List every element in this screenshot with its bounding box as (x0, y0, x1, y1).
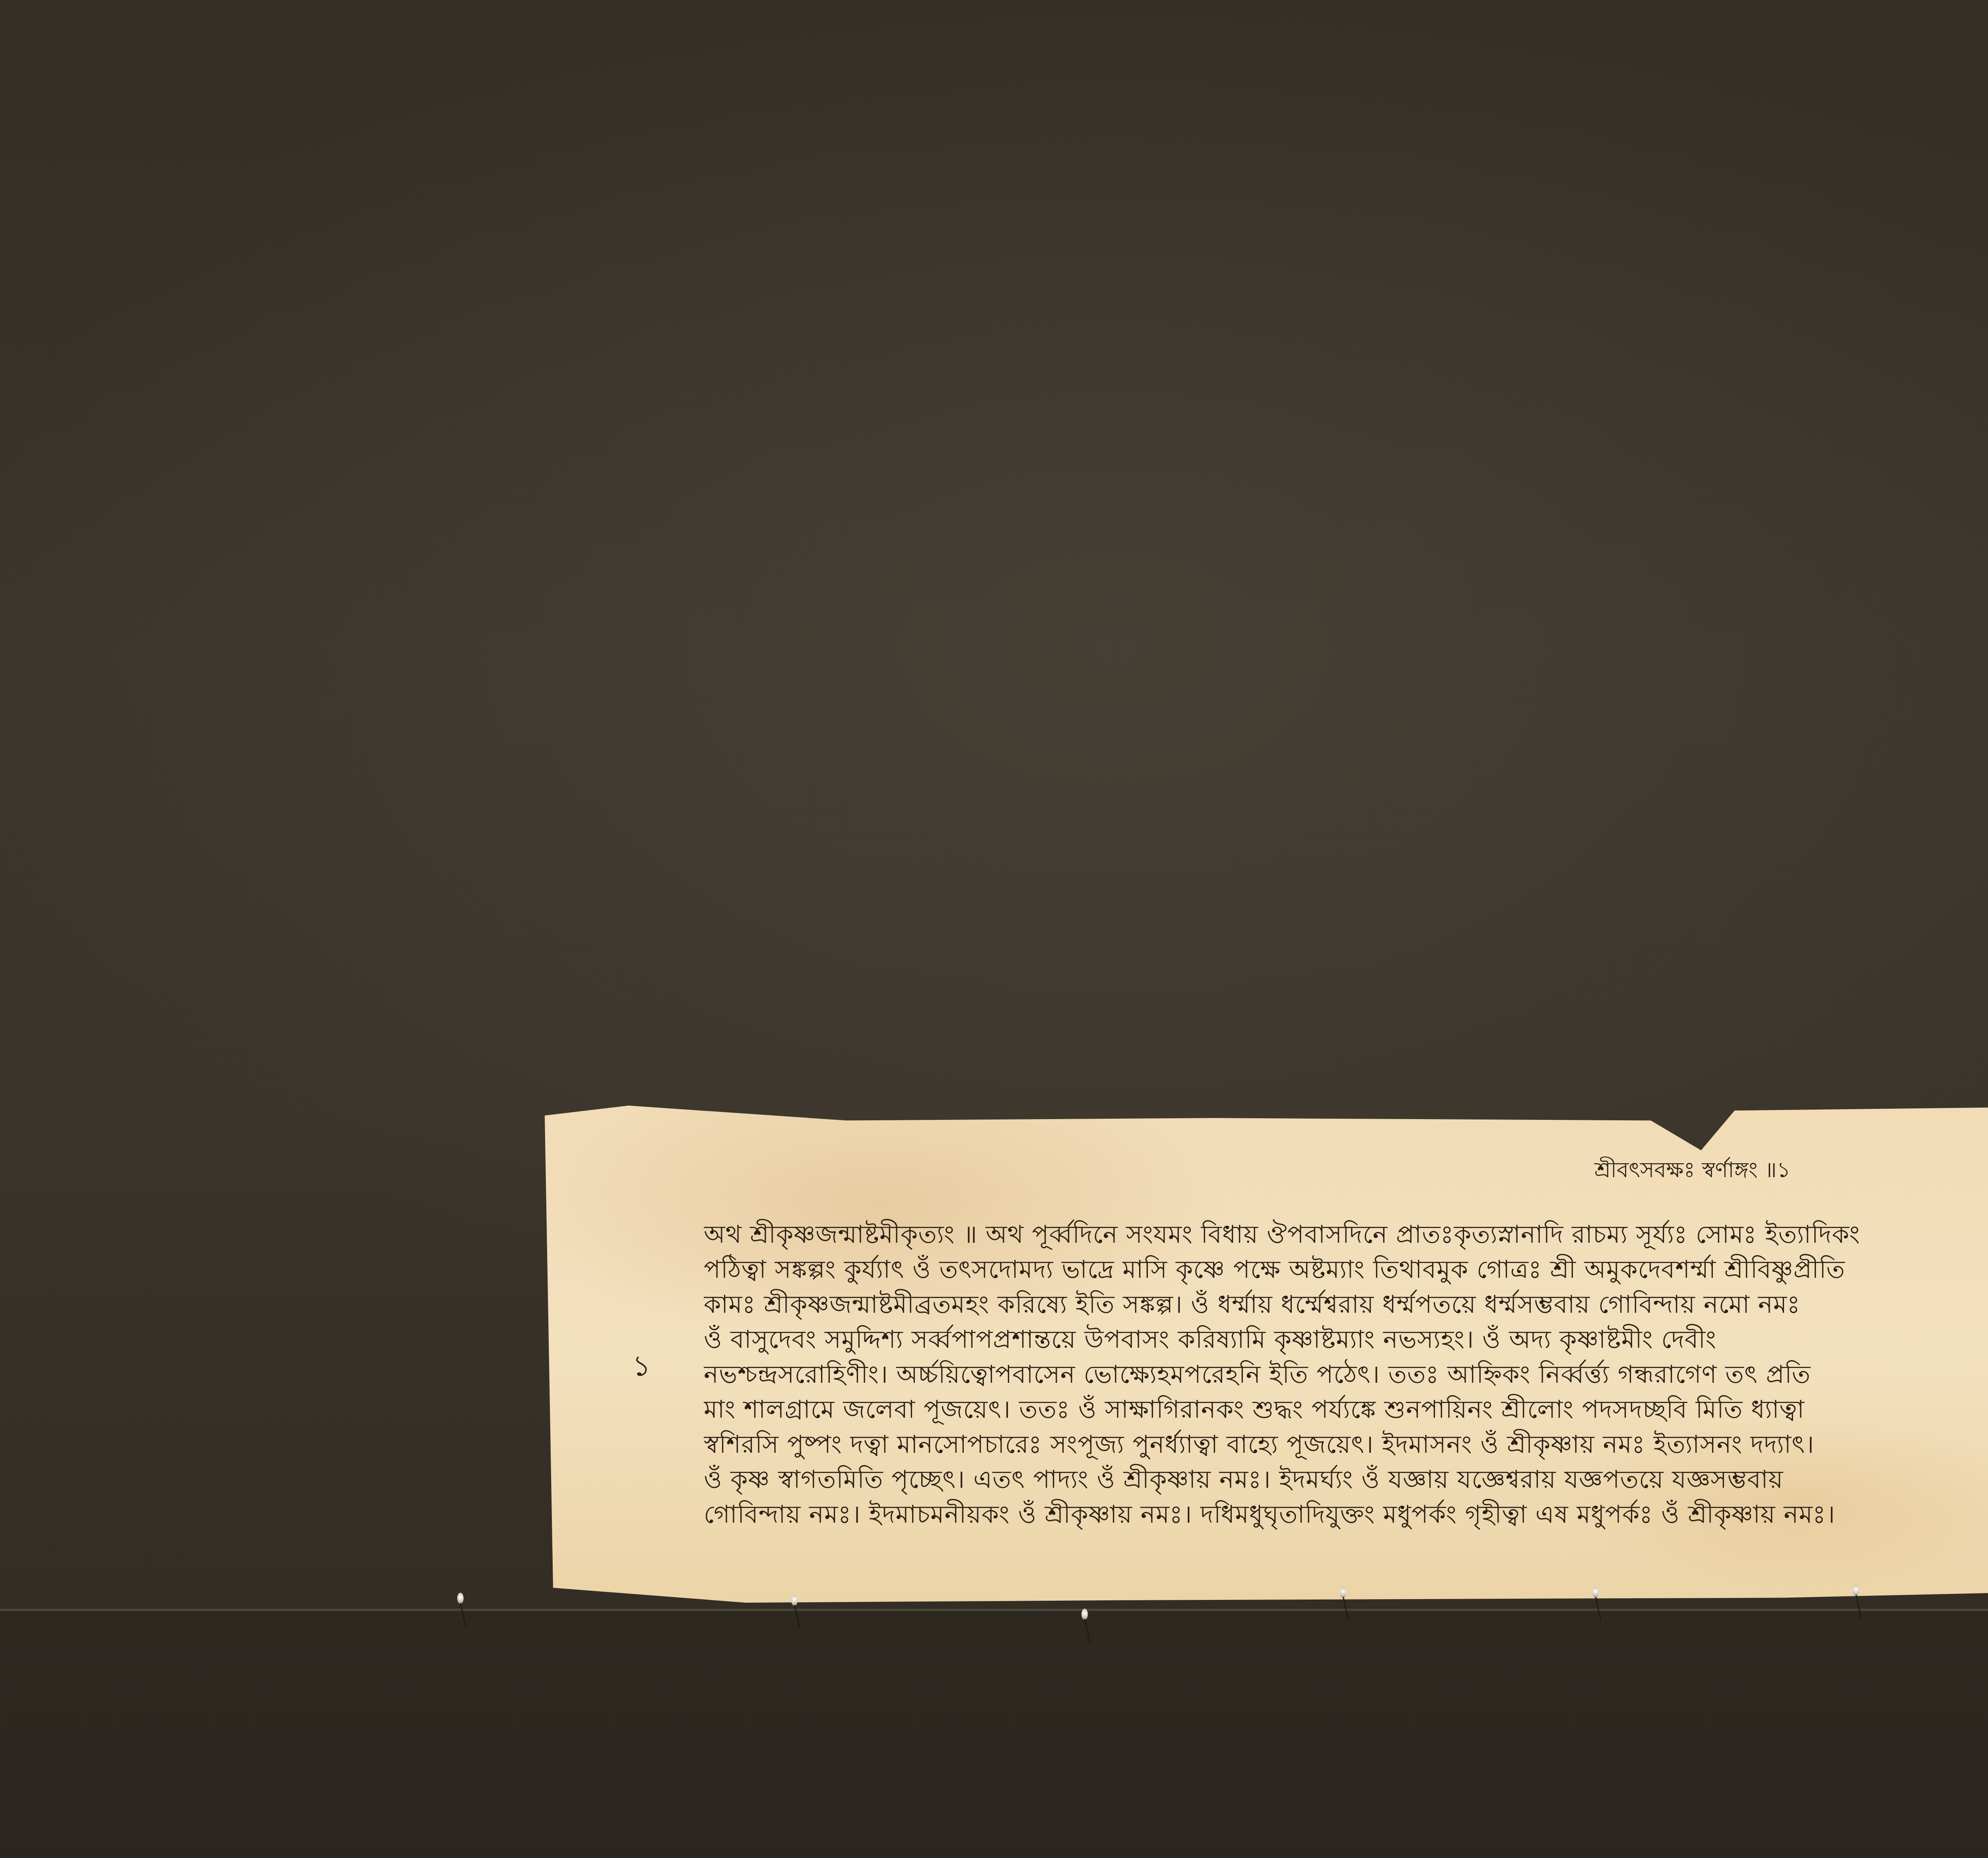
text-line: ওঁ কৃষ্ণ স্বাগতমিতি পৃচ্ছেৎ। এতৎ পাদ্যং … (704, 1462, 1988, 1497)
text-line: স্বশিরসি পুষ্পং দত্বা মানসোপচারেঃ সংপূজ্… (704, 1427, 1988, 1462)
text-line: নভশ্চন্দ্রসরোহিণীং। অর্চ্চয়িত্বোপবাসেন … (704, 1357, 1988, 1392)
text-line: পঠিত্বা সঙ্কল্পং কুর্য্যাৎ ওঁ তৎসদোমদ্য … (704, 1252, 1988, 1287)
pin-icon (791, 1595, 798, 1606)
display-scene: শ্রীবৎসবক্ষঃ স্বর্ণাঙ্গং ॥১ ১ অথ শ্রীকৃষ… (0, 0, 1988, 1858)
text-line: অথ শ্রীকৃষ্ণজন্মাষ্টমীকৃত্যং ॥ অথ পূর্ব্… (704, 1217, 1988, 1252)
pin-icon (457, 1593, 464, 1604)
text-line: মাং শালগ্রামে জলেবা পূজয়েৎ। ততঃ ওঁ সাক্… (704, 1392, 1988, 1427)
pin-icon (1340, 1587, 1346, 1598)
text-line: গোবিন্দায় নমঃ। ইদমাচমনীয়কং ওঁ শ্রীকৃষ্… (704, 1497, 1988, 1532)
text-line: ওঁ বাসুদেবং সমুদ্দিশ্য সর্ব্বপাপপ্রশান্ত… (704, 1322, 1988, 1357)
manuscript-text: অথ শ্রীকৃষ্ণজন্মাষ্টমীকৃত্যং ॥ অথ পূর্ব্… (704, 1217, 1988, 1532)
display-shelf (0, 1611, 1988, 1858)
pin-icon (1081, 1609, 1088, 1620)
pin-icon (1853, 1585, 1859, 1596)
folio-number: ১ (632, 1344, 651, 1392)
folio-header: শ্রীবৎসবক্ষঃ স্বর্ণাঙ্গং ॥১ (1594, 1153, 1791, 1189)
pin-icon (1592, 1587, 1599, 1598)
text-line: কামঃ শ্রীকৃষ্ণজন্মাষ্টমীব্রতমহং করিষ্যে … (704, 1287, 1988, 1322)
manuscript-folio: শ্রীবৎসবক্ষঃ স্বর্ণাঙ্গং ॥১ ১ অথ শ্রীকৃষ… (545, 1106, 1988, 1603)
